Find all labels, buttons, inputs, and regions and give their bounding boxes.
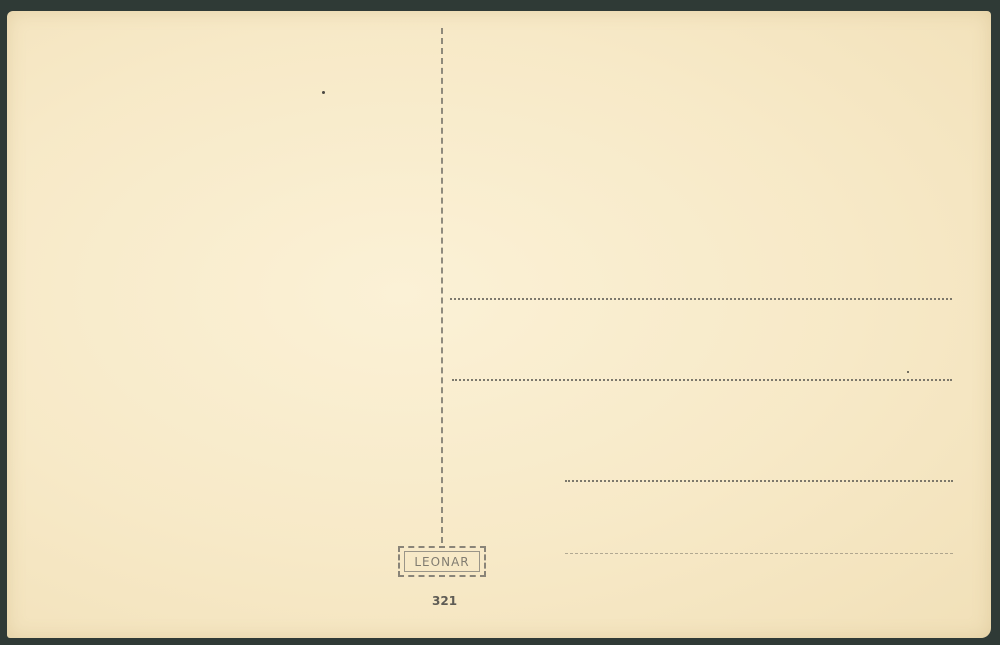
divider-line — [441, 28, 443, 543]
paper-speck — [322, 91, 325, 94]
address-line-4 — [565, 553, 953, 554]
address-line-2 — [452, 379, 952, 381]
paper-speck — [907, 371, 909, 373]
postcard-back: LEONAR 321 — [7, 11, 991, 638]
publisher-name: LEONAR — [404, 551, 480, 572]
address-line-3 — [565, 480, 953, 482]
publisher-stamp: LEONAR — [398, 546, 486, 577]
address-line-1 — [450, 298, 952, 300]
card-number: 321 — [432, 594, 457, 608]
